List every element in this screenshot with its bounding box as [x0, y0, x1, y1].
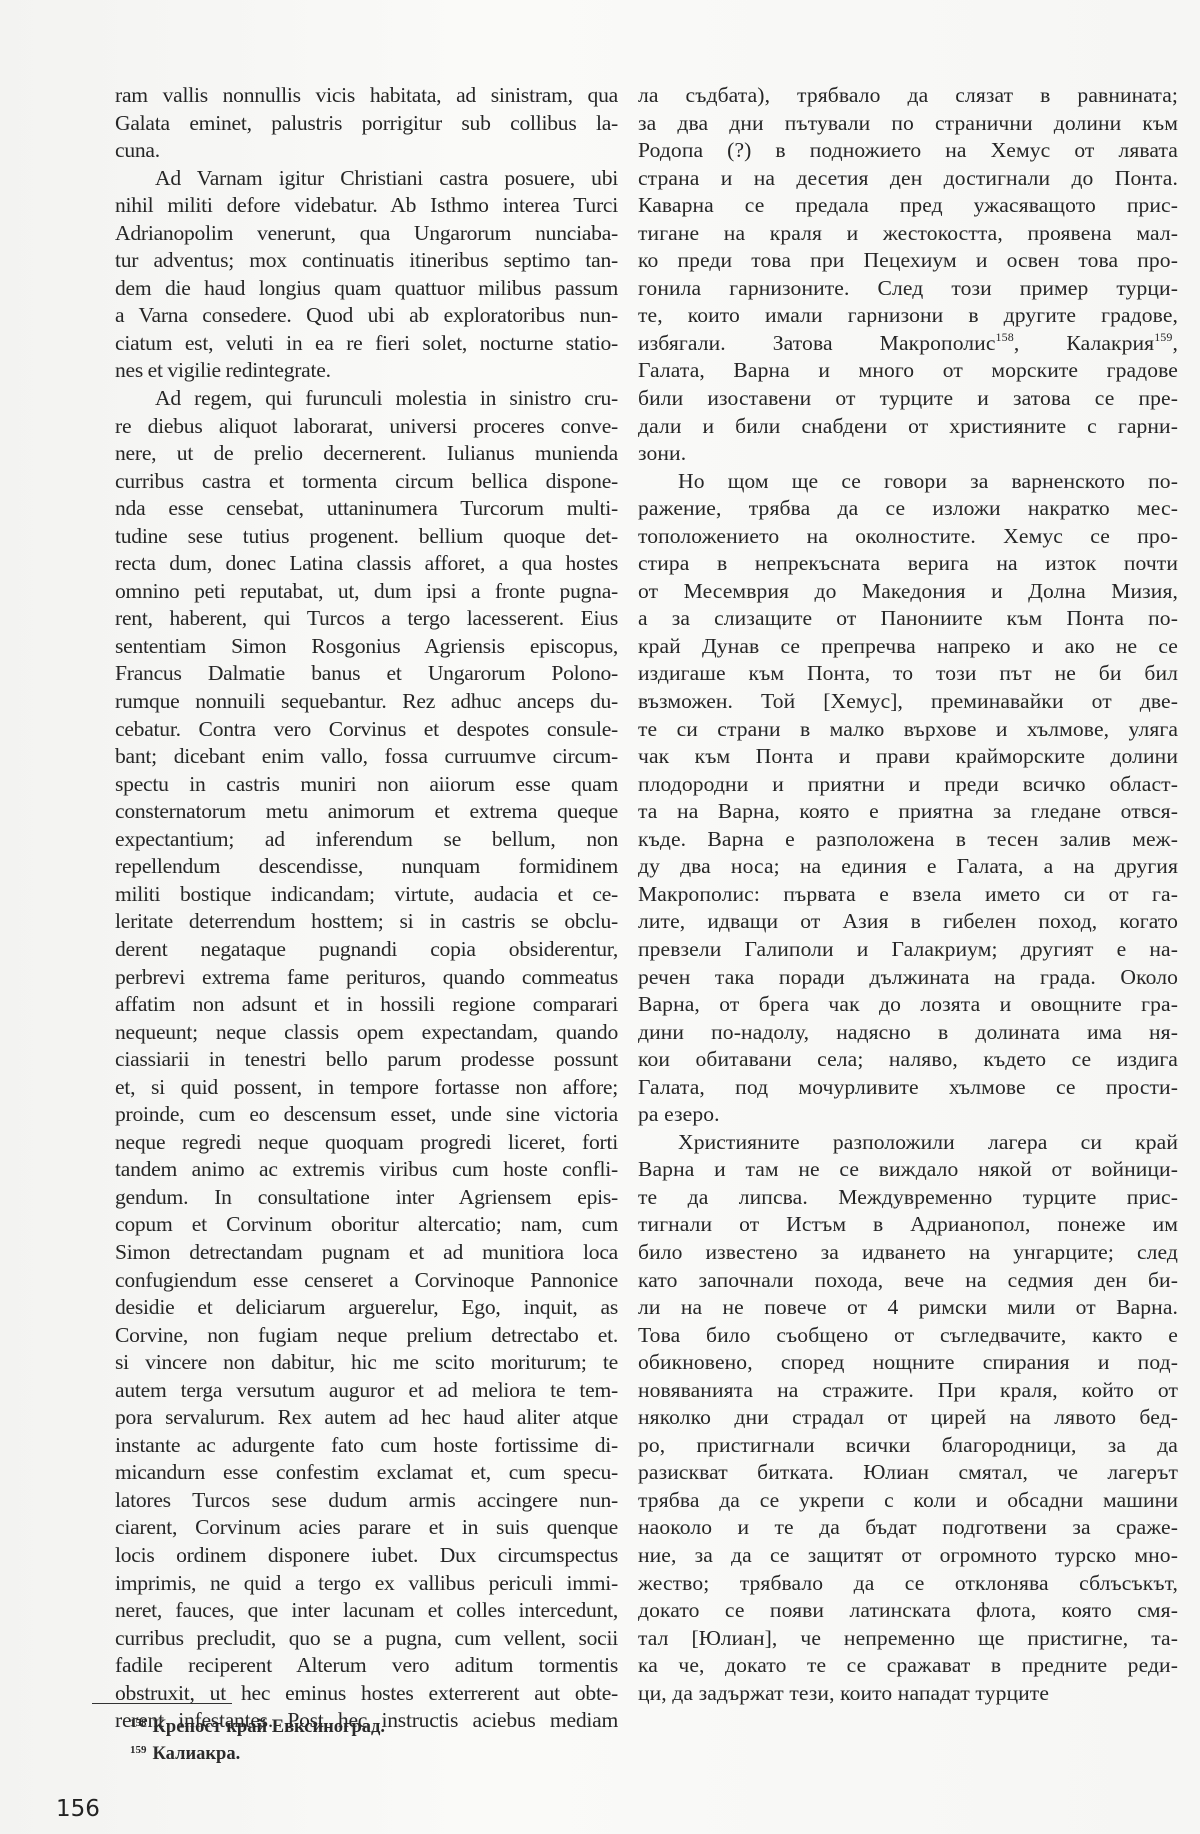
- text-line: repellendum descendisse, nunquam formidi…: [115, 853, 618, 881]
- text-line: те, които имали гарнизони в другите град…: [638, 302, 1178, 330]
- text-line: тал [Юлиан], че непременно ще пристигне,…: [638, 1625, 1178, 1653]
- text-line: instante ac adurgente fato cum hoste for…: [115, 1432, 618, 1460]
- text-line: nequeunt; neque classis opem expectandam…: [115, 1019, 618, 1047]
- latin-text-column: ram vallis nonnullis vicis habitata, ad …: [115, 82, 618, 1735]
- text-line: тигнали от Истъм в Адрианопол, понеже им: [638, 1211, 1178, 1239]
- text-line: neret, fauces, que inter lacunam et coll…: [115, 1597, 618, 1625]
- text-line: imprimis, ne quid a tergo ex vallibus pe…: [115, 1570, 618, 1598]
- text-line: affatim non adsunt et in hossili regione…: [115, 991, 618, 1019]
- text-line: Но щом ще се говори за варненското по-: [638, 468, 1178, 496]
- text-line: Francus Dalmatie banus et Ungarorum Polo…: [115, 660, 618, 688]
- text-line: от Месемврия до Македония и Долна Мизия,: [638, 578, 1178, 606]
- text-line: ра езеро.: [638, 1101, 1178, 1129]
- footnote-ref-158: 158: [996, 330, 1014, 344]
- text-line: re diebus aliquot laborarat, universi pr…: [115, 413, 618, 441]
- footnote-number: 158: [130, 1717, 147, 1729]
- text-line: rumque nonnuili sequebantur. Rez adhuc a…: [115, 688, 618, 716]
- text-line: derent negataque pugnandi copia obsidere…: [115, 936, 618, 964]
- text-line: обикновено, според нощните спирания и по…: [638, 1349, 1178, 1377]
- text-line: новяванията на стражите. При краля, койт…: [638, 1377, 1178, 1405]
- text-line: край Дунав се препречва напреко и ако не…: [638, 633, 1178, 661]
- text-line: leritate deterrendum hosttem; si in cast…: [115, 908, 618, 936]
- text-line: confugiendum esse censeret a Corvinoque …: [115, 1267, 618, 1295]
- text-line: Каварна се предала пред ужасяващото прис…: [638, 192, 1178, 220]
- text-line: наоколо и те да бъдат подготвени за сраж…: [638, 1514, 1178, 1542]
- text-line: превзели Галиполи и Галакриум; другият е…: [638, 936, 1178, 964]
- text-line: за два дни пътували по странични долини …: [638, 110, 1178, 138]
- text-line: ciatum est, veluti in ea re fieri solet,…: [115, 330, 618, 358]
- text-line: gendum. In consultatione inter Agriensem…: [115, 1184, 618, 1212]
- text-line: разискват битката. Юлиан смятал, че лаге…: [638, 1459, 1178, 1487]
- text-line: Ad Varnam igitur Christiani castra posue…: [115, 165, 618, 193]
- text-line: Galata eminet, palustris porrigitur sub …: [115, 110, 618, 138]
- text-line: tur adventus; mox continuatis itineribus…: [115, 247, 618, 275]
- text-line: Adrianopolim venerunt, qua Ungarorum nun…: [115, 220, 618, 248]
- book-page: ram vallis nonnullis vicis habitata, ad …: [0, 0, 1200, 1834]
- line-text: , Калакрия: [1014, 331, 1154, 355]
- text-line: fadile reciperent Alterum vero aditum to…: [115, 1652, 618, 1680]
- text-line: latores Turcos sese dudum armis accinger…: [115, 1487, 618, 1515]
- text-line: ражение, трябва да се изложи накратко ме…: [638, 495, 1178, 523]
- text-line: nere, ut de prelio decernerent. Iulianus…: [115, 440, 618, 468]
- text-line: страна и на десетия ден достигнали до По…: [638, 165, 1178, 193]
- text-line: ко преди това при Пецехиум и освен това …: [638, 247, 1178, 275]
- text-line: гонила гарнизоните. След този пример тур…: [638, 275, 1178, 303]
- text-line: recta dum, donec Latina classis afforet,…: [115, 550, 618, 578]
- text-line: като започнали похода, вече на седмия де…: [638, 1267, 1178, 1295]
- text-line: tandem animo ac extremis viribus cum hos…: [115, 1156, 618, 1184]
- text-line: Варна, от брега чак до лозята и овощните…: [638, 991, 1178, 1019]
- footnote-text: Калиакра.: [153, 1744, 241, 1764]
- text-line: curribus castra et tormenta circum belli…: [115, 468, 618, 496]
- text-line: a Varna consedere. Quod ubi ab explorato…: [115, 302, 618, 330]
- text-line: чак към Понта и прави крайморските долин…: [638, 743, 1178, 771]
- text-line: възможен. Той [Хемус], преминавайки от д…: [638, 688, 1178, 716]
- text-line: дини по-надолу, надясно в долината има н…: [638, 1019, 1178, 1047]
- text-line: cebatur. Contra vero Corvinus et despote…: [115, 716, 618, 744]
- text-line: perbrevi extrema fame perituros, quando …: [115, 964, 618, 992]
- text-line: militi bostique indicandam; virtute, aud…: [115, 881, 618, 909]
- text-line: neque regredi neque quoquam progredi lic…: [115, 1129, 618, 1157]
- page-number: 156: [56, 1796, 100, 1822]
- text-line: ци, да задържат тези, които нападат турц…: [638, 1680, 1178, 1708]
- text-line: няколко дни страдал от цирей на лявото б…: [638, 1404, 1178, 1432]
- text-line: лите, идващи от Азия в гибелен поход, ко…: [638, 908, 1178, 936]
- text-line: били изоставени от турците и затова се п…: [638, 385, 1178, 413]
- text-line: Галата, под мочурливите хълмове се прост…: [638, 1074, 1178, 1102]
- text-line: Макрополис: първата е взела името си от …: [638, 881, 1178, 909]
- text-line: nes et vigilie redintegrate.: [115, 357, 618, 385]
- text-line: Ad regem, qui furunculi molestia in sini…: [115, 385, 618, 413]
- footnote-number: 159: [130, 1744, 147, 1756]
- text-line: consternatorum metu animorum et extrema …: [115, 798, 618, 826]
- text-line: ду два носа; на единия е Галата, а на др…: [638, 853, 1178, 881]
- text-line: sententiam Simon Rosgonius Agriensis epi…: [115, 633, 618, 661]
- text-line: ciarent, Corvinum acies parare et in sui…: [115, 1514, 618, 1542]
- text-line: кои обитавани села; наляво, където се из…: [638, 1046, 1178, 1074]
- text-line: si vincere non dabitur, hic me scito mor…: [115, 1349, 618, 1377]
- text-line: et, si quid possent, in tempore fortasse…: [115, 1074, 618, 1102]
- text-line: dem die haud longius quam quattuor milib…: [115, 275, 618, 303]
- text-line: докато се появи латинската флота, която …: [638, 1597, 1178, 1625]
- text-line: bant; dicebant enim vallo, fossa curruum…: [115, 743, 618, 771]
- text-line: Галата, Варна и много от морските градов…: [638, 357, 1178, 385]
- text-line: nda esse censebat, uttaninumera Turcorum…: [115, 495, 618, 523]
- footnote-ref-159: 159: [1154, 330, 1172, 344]
- text-line: трябва да се укрепи с коли и обсадни маш…: [638, 1487, 1178, 1515]
- text-line: жество; трябвало да се отклонява сблъсък…: [638, 1570, 1178, 1598]
- text-line: expectantium; ad inferendum se bellum, n…: [115, 826, 618, 854]
- footnote-158: 158Крепост край Евксиноград.: [130, 1712, 385, 1739]
- text-line: copum et Corvinum oboritur altercatio; n…: [115, 1211, 618, 1239]
- text-line: ram vallis nonnullis vicis habitata, ad …: [115, 82, 618, 110]
- text-line: desidie et deliciarum arguerelur, Ego, i…: [115, 1294, 618, 1322]
- text-line: Simon detrectandam pugnam et ad munitior…: [115, 1239, 618, 1267]
- footnotes: 158Крепост край Евксиноград. 159Калиакра…: [130, 1712, 385, 1766]
- text-line: та на Варна, която е приятна за гледане …: [638, 798, 1178, 826]
- text-line: Corvine, non fugiam neque prelium detrec…: [115, 1322, 618, 1350]
- text-line: къде. Варна е разположена в тесен залив …: [638, 826, 1178, 854]
- text-line: nihil militi defore videbatur. Ab Isthmo…: [115, 192, 618, 220]
- text-line: те да липсва. Междувременно турците прис…: [638, 1184, 1178, 1212]
- text-line: Християните разположили лагера си край: [638, 1129, 1178, 1157]
- text-line: proinde, cum eo descensum esset, unde si…: [115, 1101, 618, 1129]
- text-line: плодородни и приятни и преди всичко обла…: [638, 771, 1178, 799]
- text-line: Варна и там не се виждало някой от войни…: [638, 1156, 1178, 1184]
- text-line: тигане на краля и жестокостта, проявена …: [638, 220, 1178, 248]
- text-line: curribus precludit, quo se a pugna, cum …: [115, 1625, 618, 1653]
- text-line: зони.: [638, 440, 1178, 468]
- text-line: Родопа (?) в подножието на Хемус от лява…: [638, 137, 1178, 165]
- text-line: стира в непрекъсната верига на изток поч…: [638, 550, 1178, 578]
- text-line: locis ordinem disponere iubet. Dux circu…: [115, 1542, 618, 1570]
- text-line: omnino peti reputabat, ut, dum ipsi a fr…: [115, 578, 618, 606]
- text-line: spectu in castris muniri non aiiorum ess…: [115, 771, 618, 799]
- line-text: избягали. Затова Макрополис: [638, 331, 996, 355]
- bulgarian-translation-column: ла съдбата), трябвало да слязат в равнин…: [638, 82, 1178, 1707]
- text-line: избягали. Затова Макрополис158, Калакрия…: [638, 330, 1178, 358]
- text-line: ро, пристигнали всички благородници, за …: [638, 1432, 1178, 1460]
- text-line: pora servalurum. Rex autem ad hec haud a…: [115, 1404, 618, 1432]
- text-line: дали и били снабдени от християните с га…: [638, 413, 1178, 441]
- text-line: речен така поради дължината на града. Ок…: [638, 964, 1178, 992]
- text-line: ка че, докато те се сражават в предните …: [638, 1652, 1178, 1680]
- text-line: Това било съобщено от съгледвачите, какт…: [638, 1322, 1178, 1350]
- text-line: тоположението на околностите. Хемус се п…: [638, 523, 1178, 551]
- text-line: ла съдбата), трябвало да слязат в равнин…: [638, 82, 1178, 110]
- text-line: micandurn esse confestim exclamat et, cu…: [115, 1459, 618, 1487]
- text-line: cuna.: [115, 137, 618, 165]
- text-line: те си страни в малко върхове и хълмове, …: [638, 716, 1178, 744]
- text-line: ли на не повече от 4 римски мили от Варн…: [638, 1294, 1178, 1322]
- line-text: ,: [1173, 331, 1179, 355]
- text-line: ние, за да се защитят от огромното турск…: [638, 1542, 1178, 1570]
- footnote-separator: [92, 1703, 232, 1704]
- text-line: tudine sese tutius progenent. bellium qu…: [115, 523, 618, 551]
- text-line: rent, haberent, qui Turcos a tergo laces…: [115, 605, 618, 633]
- text-line: autem terga versutum auguror et ad melio…: [115, 1377, 618, 1405]
- footnote-159: 159Калиакра.: [130, 1739, 385, 1766]
- text-line: ciassiarii in tenestri bello parum prode…: [115, 1046, 618, 1074]
- footnote-text: Крепост край Евксиноград.: [153, 1717, 385, 1737]
- text-line: а за слизащите от Панониите към Понта по…: [638, 605, 1178, 633]
- text-line: било известено за идването на унгарците;…: [638, 1239, 1178, 1267]
- text-line: издигаше към Понта, то този път не би би…: [638, 660, 1178, 688]
